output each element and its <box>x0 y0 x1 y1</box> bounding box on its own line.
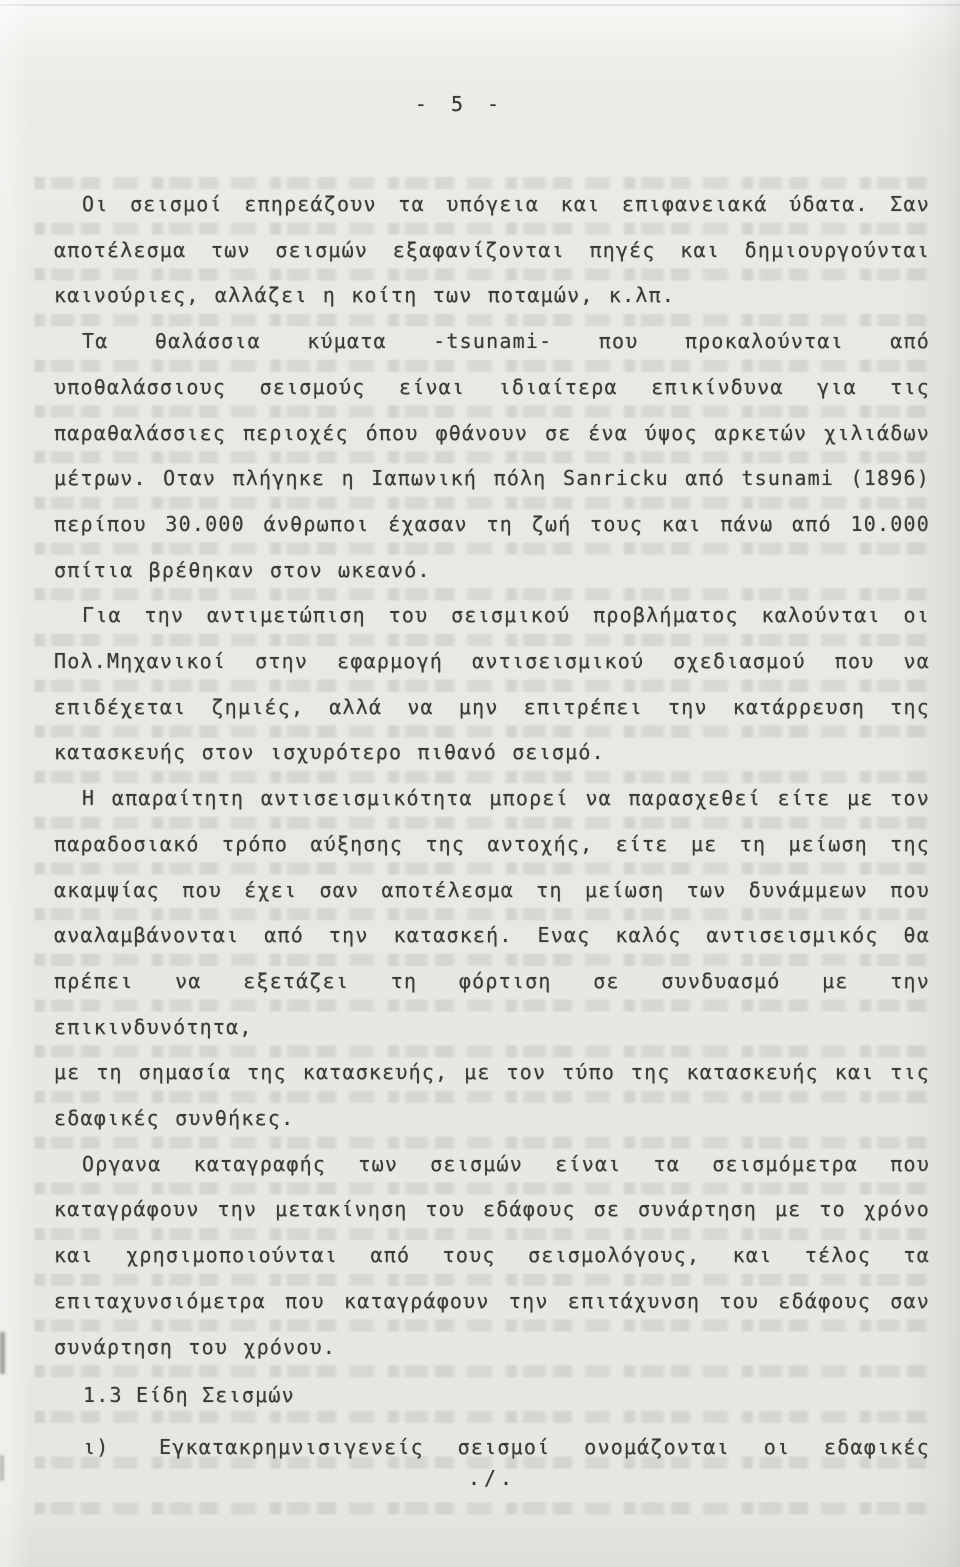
text-line: περίπου 30.000 άνθρωποι έχασαν τη ζωή το… <box>54 502 930 548</box>
text-line: Πολ.Μηχανικοί στην εφαρμογή αντισεισμικο… <box>54 639 930 685</box>
document-body: Οι σεισμοί επηρεάζουν τα υπόγεια και επι… <box>54 182 930 1370</box>
text-line: καταγράφουν την μετακίνηση του εδάφους σ… <box>54 1187 930 1233</box>
text-line: και χρησιμοποιούνται από τους σεισμολόγο… <box>54 1233 930 1279</box>
paragraph: Οργανα καταγραφής των σεισμών είναι τα σ… <box>54 1142 930 1371</box>
text-line: μέτρων. Οταν πλήγηκε η Ιαπωνική πόλη San… <box>54 456 930 502</box>
paragraph: Τα θαλάσσια κύματα -tsunami- που προκαλο… <box>54 319 930 593</box>
text-line: συνάρτηση του χρόνου. <box>54 1325 930 1371</box>
text-line: επιδέχεται ζημιές, αλλά να μην επιτρέπει… <box>54 685 930 731</box>
text-line: παραδοσιακό τρόπο αύξησης της αντοχής, ε… <box>54 822 930 868</box>
list-text: Εγκατακρημνισιγενείς σεισμοί ονομάζονται… <box>159 1424 930 1470</box>
text-line: Τα θαλάσσια κύματα -tsunami- που προκαλο… <box>54 319 930 365</box>
list-marker: ι) <box>83 1424 159 1470</box>
text-line: σπίτια βρέθηκαν στον ωκεανό. <box>54 548 930 594</box>
text-line: εδαφικές συνθήκες. <box>54 1096 930 1142</box>
section-heading: 1.3 Είδη Σεισμών <box>54 1372 930 1418</box>
text-line: καινούριες, αλλάζει η κοίτη των ποταμών,… <box>54 273 930 319</box>
continuation-mark: ./. <box>54 1466 930 1490</box>
scanned-page: - 5 - Οι σεισμοί επηρεάζουν τα υπόγεια κ… <box>0 0 960 1567</box>
text-line: επιταχυνσιόμετρα που καταγράφουν την επι… <box>54 1279 930 1325</box>
paragraph: Για την αντιμετώπιση του σεισμικού προβλ… <box>54 593 930 776</box>
text-line: Για την αντιμετώπιση του σεισμικού προβλ… <box>54 593 930 639</box>
text-line: αναλαμβάνονται από την κατασκεή. Ενας κα… <box>54 913 930 959</box>
page-number: - 5 - <box>0 92 920 116</box>
text-line: αποτέλεσμα των σεισμών εξαφανίζονται πηγ… <box>54 228 930 274</box>
text-line: πρέπει να εξετάζει τη φόρτιση σε συνδυασ… <box>54 959 930 1050</box>
paragraph: Οι σεισμοί επηρεάζουν τα υπόγεια και επι… <box>54 182 930 319</box>
text-line: παραθαλάσσιες περιοχές όπου φθάνουν σε έ… <box>54 411 930 457</box>
text-line: ακαμψίας που έχει σαν αποτέλεσμα τη μείω… <box>54 868 930 914</box>
text-line: με τη σημασία της κατασκευής, με τον τύπ… <box>54 1050 930 1096</box>
text-line: Η απαραίτητη αντισεισμικότητα μπορεί να … <box>54 776 930 822</box>
scan-smudge <box>0 1455 4 1481</box>
list-item: ι) Εγκατακρημνισιγενείς σεισμοί ονομάζον… <box>54 1424 930 1470</box>
scan-edge-top <box>0 4 960 6</box>
paragraph: Η απαραίτητη αντισεισμικότητα μπορεί να … <box>54 776 930 1142</box>
text-line: Οργανα καταγραφής των σεισμών είναι τα σ… <box>54 1142 930 1188</box>
scan-smudge <box>0 1332 5 1374</box>
text-line: Οι σεισμοί επηρεάζουν τα υπόγεια και επι… <box>54 182 930 228</box>
text-line: υποθαλάσσιους σεισμούς είναι ιδιαίτερα ε… <box>54 365 930 411</box>
text-line: κατασκευής στον ισχυρότερο πιθανό σεισμό… <box>54 730 930 776</box>
